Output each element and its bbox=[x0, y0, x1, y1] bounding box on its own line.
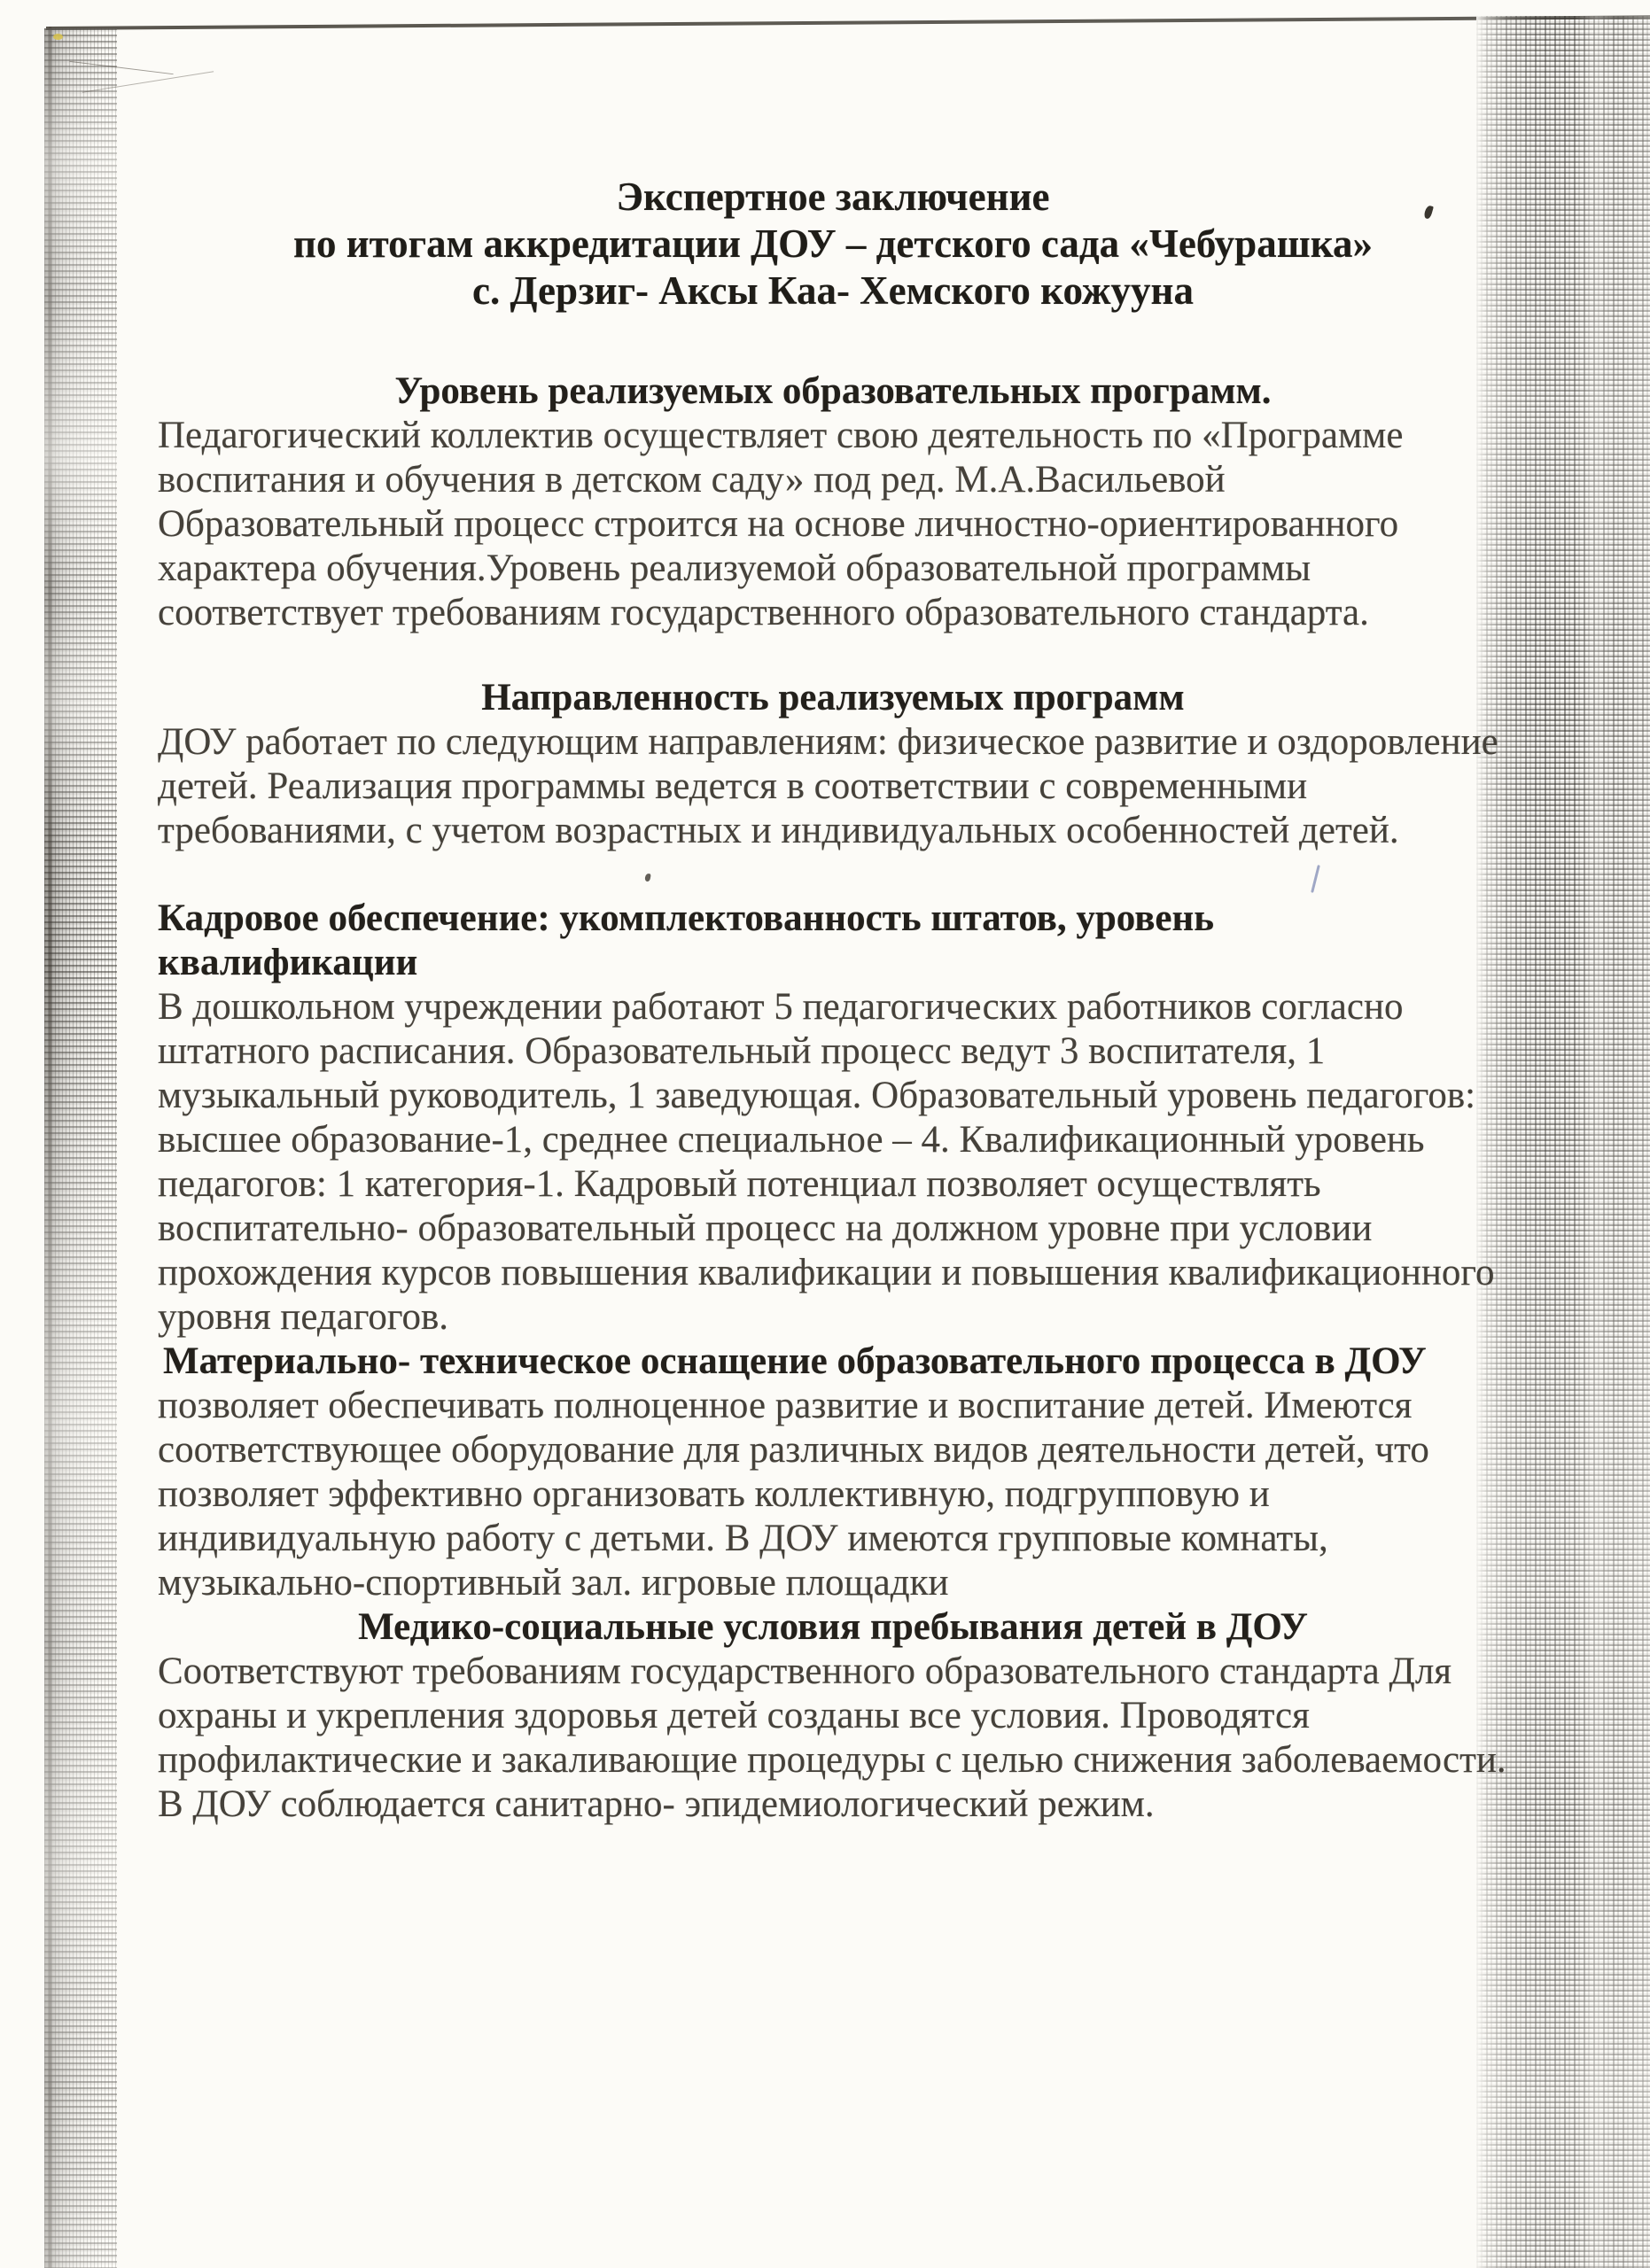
paragraph-program-directions: ДОУ работает по следующим направлениям: … bbox=[158, 720, 1508, 853]
heading-medical-social-conditions: Медико-социальные условия пребывания дет… bbox=[158, 1605, 1508, 1650]
paragraph-education-programs-level: Педагогический коллектив осуществляет св… bbox=[158, 414, 1508, 635]
title-line-2: по итогам аккредитации ДОУ – детского са… bbox=[158, 221, 1508, 268]
heading-education-programs-level: Уровень реализуемых образовательных прог… bbox=[158, 369, 1508, 414]
scanned-document-page: Экспертное заключение по итогам аккредит… bbox=[0, 0, 1650, 2268]
scan-noise-band-left bbox=[44, 28, 117, 2268]
heading-material-technical-equipment: Материально- техническое оснащение образ… bbox=[158, 1340, 1508, 1384]
heading-staffing-qualification: Кадровое обеспечение: укомплектованность… bbox=[158, 897, 1398, 985]
scan-page-top-edge bbox=[46, 15, 1650, 30]
document-title: Экспертное заключение по итогам аккредит… bbox=[158, 174, 1508, 315]
paragraph-medical-social-conditions: Соответствуют требованиям государственно… bbox=[158, 1650, 1508, 1827]
document-content: Экспертное заключение по итогам аккредит… bbox=[158, 174, 1508, 1827]
paragraph-staffing-qualification: В дошкольном учреждении работают 5 педаг… bbox=[158, 985, 1508, 1340]
title-line-1: Экспертное заключение bbox=[158, 174, 1508, 221]
paragraph-material-technical-equipment: позволяет обеспечивать полноценное разви… bbox=[158, 1384, 1508, 1605]
scan-speck-yellow bbox=[53, 34, 63, 40]
title-line-3: с. Дерзиг- Аксы Каа- Хемского кожууна bbox=[158, 268, 1508, 315]
heading-program-directions: Направленность реализуемых программ bbox=[158, 676, 1508, 720]
